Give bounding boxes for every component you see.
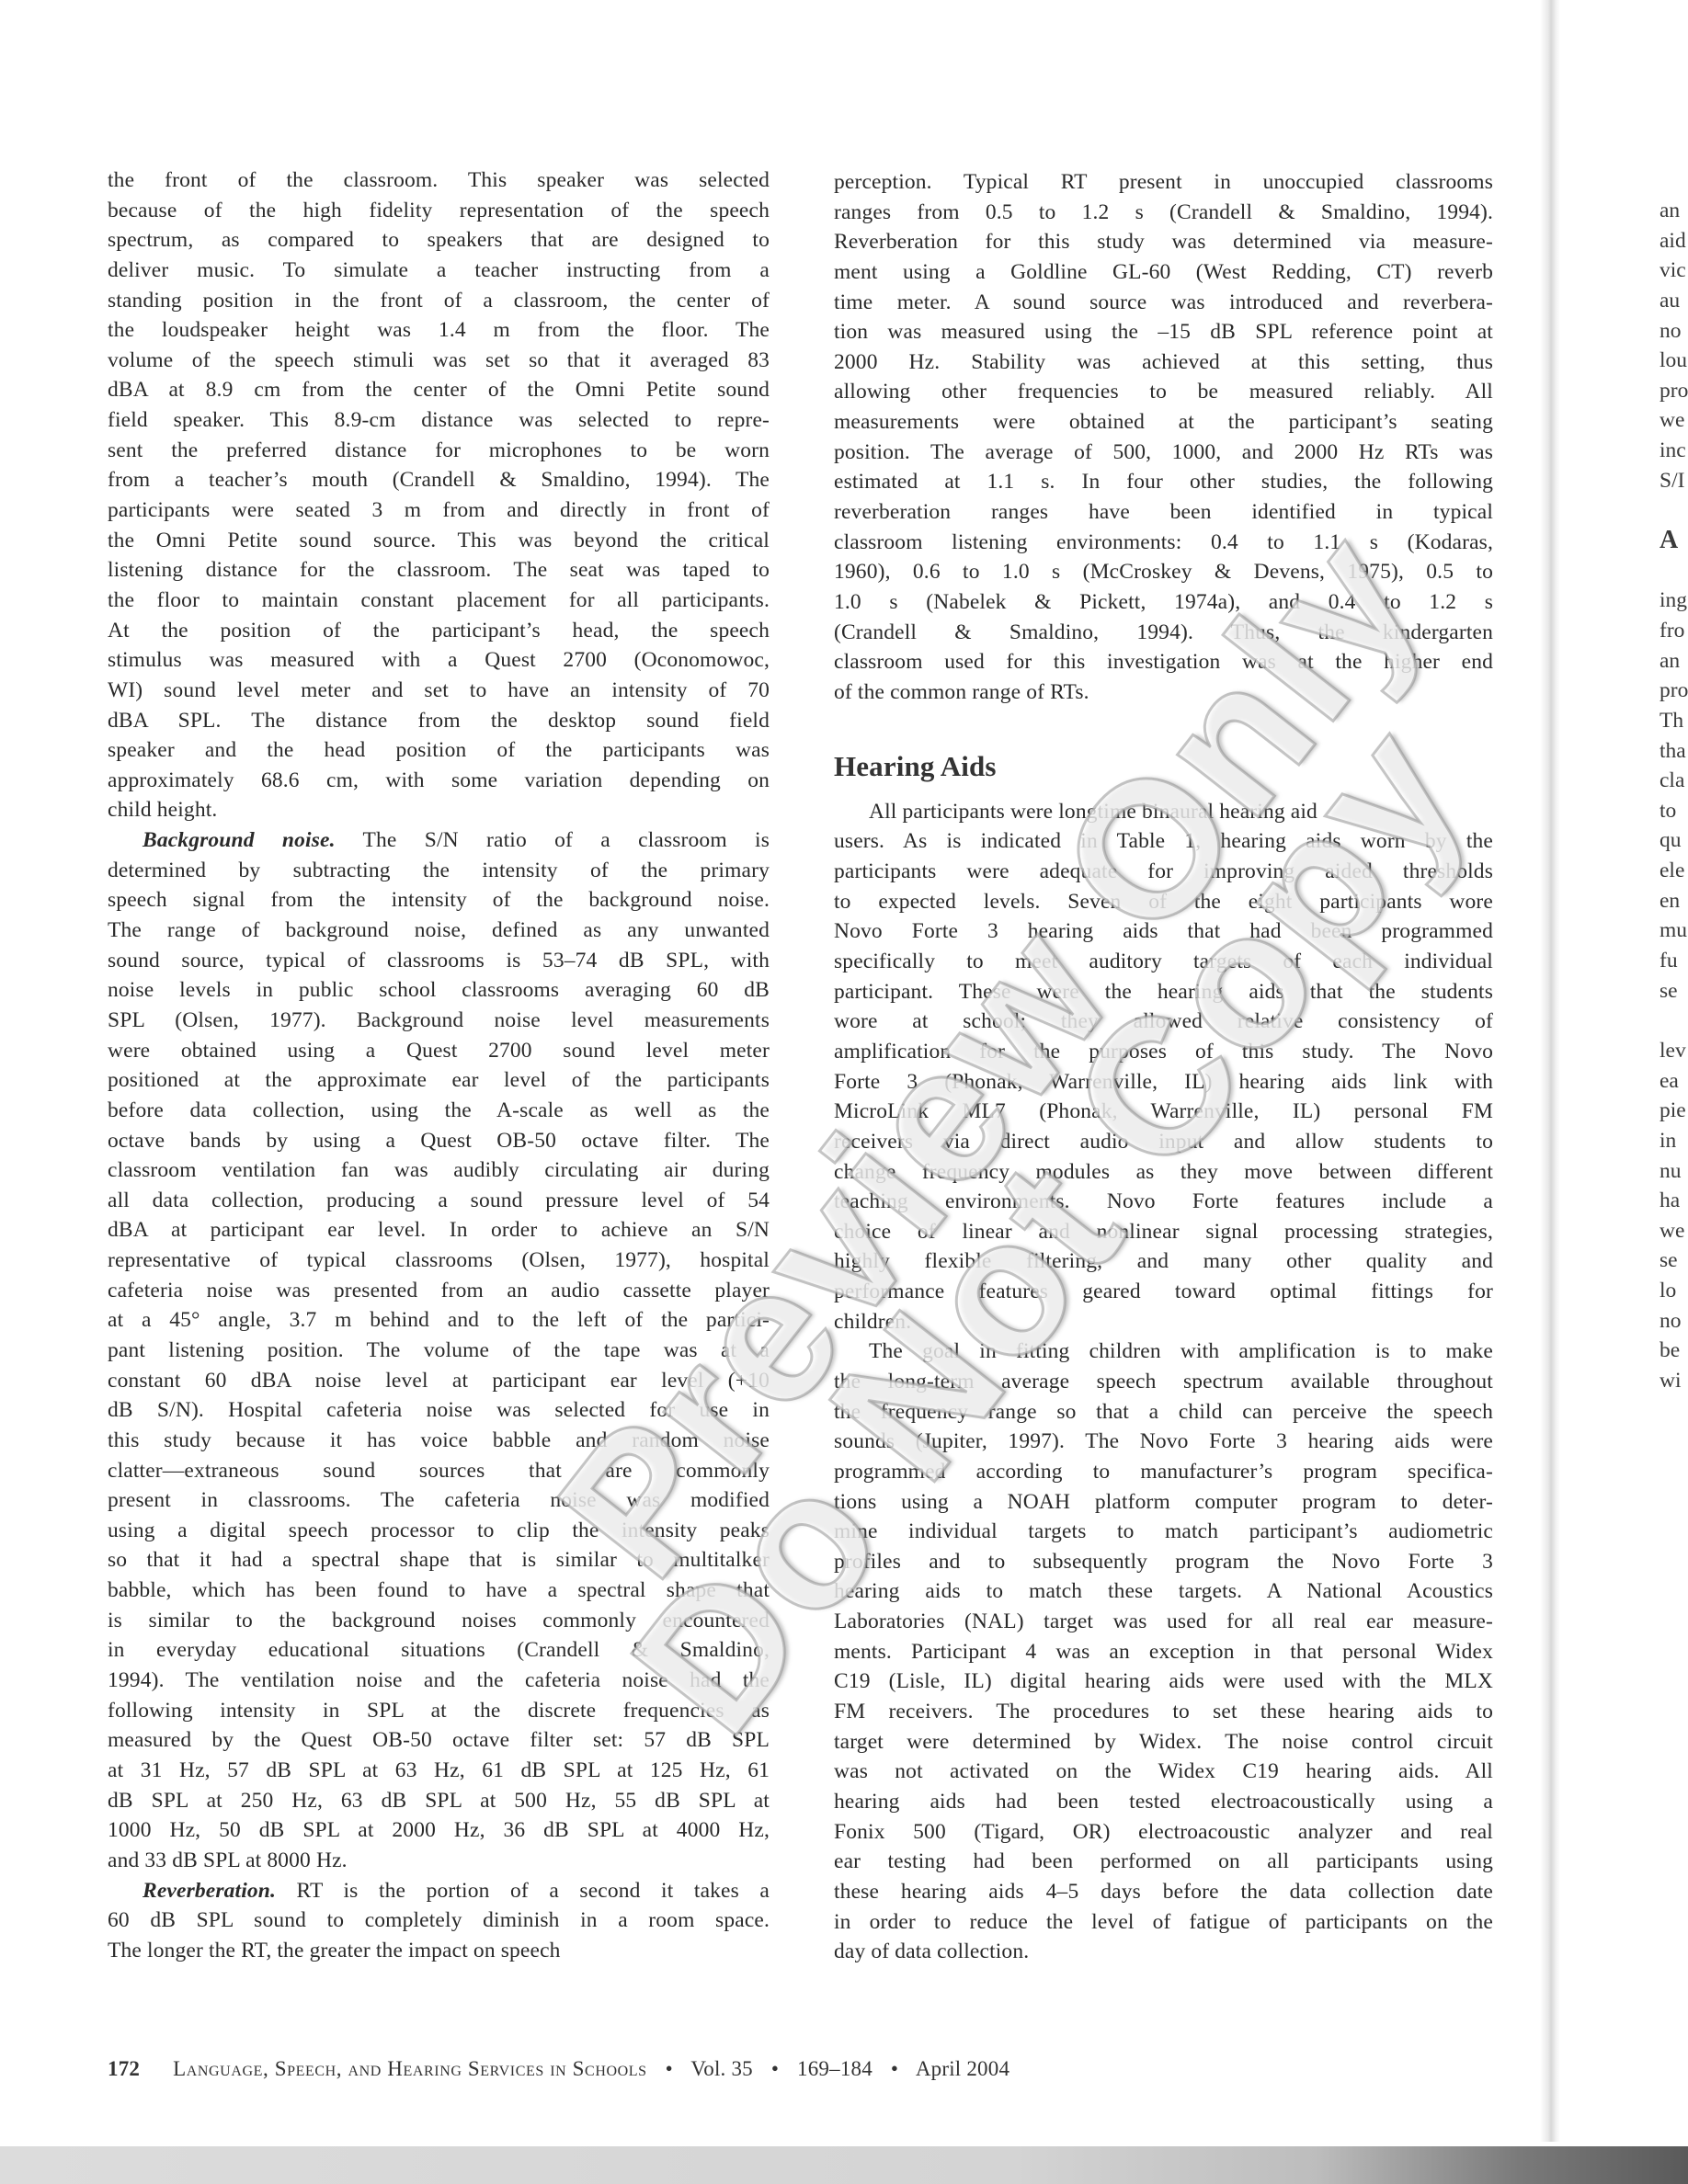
text-line: perception. Typical RT present in unoccu… xyxy=(834,167,1493,198)
text-line: sound source, typical of classrooms is 5… xyxy=(108,946,770,976)
text-line: en xyxy=(1659,886,1688,916)
text-line: fro xyxy=(1659,616,1688,646)
text-line: day of data collection. xyxy=(834,1937,1493,1967)
text-line: se xyxy=(1659,976,1688,1007)
text-line: tha xyxy=(1659,736,1688,767)
paragraph-fitting-goal-first-line: The goal in fitting children with amplif… xyxy=(834,1337,1493,1367)
text-line: au xyxy=(1659,286,1688,316)
bullet-separator: • xyxy=(771,2057,779,2080)
text-line: were obtained using a Quest 2700 sound l… xyxy=(108,1036,770,1066)
text-line: of the common range of RTs. xyxy=(834,677,1493,708)
paragraph-hearing-aids-first-line: All participants were longtime binaural … xyxy=(834,797,1493,827)
run-in-heading-background-noise: Background noise. xyxy=(143,828,336,852)
text-line: participant. These were the hearing aids… xyxy=(834,977,1493,1007)
text-line: Novo Forte 3 hearing aids that had been … xyxy=(834,916,1493,947)
text-line: noise levels in public school classrooms… xyxy=(108,975,770,1006)
text-line: an xyxy=(1659,196,1688,226)
text-line: hearing aids had been tested electroacou… xyxy=(834,1787,1493,1817)
journal-name: Language, Speech, and Hearing Services i… xyxy=(173,2057,647,2080)
text-line: 1994). The ventilation noise and the caf… xyxy=(108,1666,770,1696)
text-line: no xyxy=(1659,316,1688,347)
text-line: teaching environments. Novo Forte featur… xyxy=(834,1187,1493,1217)
text-line: stimulus was measured with a Quest 2700 … xyxy=(108,645,770,676)
text-line: tion was measured using the –15 dB SPL r… xyxy=(834,317,1493,347)
text-line: determined by subtracting the intensity … xyxy=(108,856,770,886)
text-line: sent the preferred distance for micropho… xyxy=(108,436,770,466)
text-line: lev xyxy=(1659,1036,1688,1066)
paragraph-setup-continued: the front of the classroom. This speaker… xyxy=(108,165,770,825)
text-line: receivers via direct audio input and all… xyxy=(834,1127,1493,1157)
text-line: speech signal from the intensity of the … xyxy=(108,885,770,916)
text-line: change frequency modules as they move be… xyxy=(834,1157,1493,1188)
text-line: vic xyxy=(1659,256,1688,286)
text-line: MicroLink ML7 (Phonak, Warrenville, IL) … xyxy=(834,1097,1493,1127)
text-line: octave bands by using a Quest OB-50 octa… xyxy=(108,1126,770,1156)
text-line: because of the high fidelity representat… xyxy=(108,196,770,226)
text-line: before data collection, using the A-scal… xyxy=(108,1096,770,1126)
text-line: pro xyxy=(1659,376,1688,406)
text-line: children. xyxy=(834,1307,1493,1337)
text-line: mine individual targets to match partici… xyxy=(834,1517,1493,1547)
text-line: pant listening position. The volume of t… xyxy=(108,1336,770,1366)
text-line: se xyxy=(1659,1246,1688,1276)
text-line: wi xyxy=(1659,1366,1688,1396)
text-line: position. The average of 500, 1000, and … xyxy=(834,438,1493,468)
text-line: SPL (Olsen, 1977). Background noise leve… xyxy=(108,1006,770,1036)
text-line: listening distance for the classroom. Th… xyxy=(108,555,770,586)
text-line: programmed according to manufacturer’s p… xyxy=(834,1457,1493,1487)
text-line: Fonix 500 (Tigard, OR) electroacoustic a… xyxy=(834,1817,1493,1848)
page-gutter-shadow xyxy=(1540,0,1560,2142)
text-line: The range of background noise, defined a… xyxy=(108,916,770,946)
bullet-separator: • xyxy=(891,2057,898,2080)
paragraph-hearing-aids: users. As is indicated in Table 1, heari… xyxy=(834,826,1493,1337)
text-line: 60 dB SPL sound to completely diminish i… xyxy=(108,1905,770,1936)
text-line: cafeteria noise was presented from an au… xyxy=(108,1276,770,1306)
text-line: and 33 dB SPL at 8000 Hz. xyxy=(108,1846,770,1876)
text-line: using a digital speech processor to clip… xyxy=(108,1516,770,1546)
text-line: present in classrooms. The cafeteria noi… xyxy=(108,1485,770,1516)
text-line: choice of linear and nonlinear signal pr… xyxy=(834,1217,1493,1247)
text-line: pie xyxy=(1659,1096,1688,1126)
text-line: participants were seated 3 m from and di… xyxy=(108,495,770,526)
text-line: 1000 Hz, 50 dB SPL at 2000 Hz, 36 dB SPL… xyxy=(108,1815,770,1846)
text-line: (Crandell & Smaldino, 1994). Thus, the k… xyxy=(834,618,1493,648)
text-line: be xyxy=(1659,1336,1688,1366)
text-line: constant 60 dBA noise level at participa… xyxy=(108,1366,770,1396)
text-line: WI) sound level meter and set to have an… xyxy=(108,676,770,706)
text-line: amplification for the purposes of this s… xyxy=(834,1037,1493,1067)
run-in-heading-reverberation: Reverberation. xyxy=(143,1879,276,1903)
text-line: dB SPL at 250 Hz, 63 dB SPL at 500 Hz, 5… xyxy=(108,1786,770,1816)
text-line: classroom listening environments: 0.4 to… xyxy=(834,528,1493,558)
page-footer: 172 Language, Speech, and Hearing Servic… xyxy=(108,2057,1009,2081)
text-line: the loudspeaker height was 1.4 m from th… xyxy=(108,315,770,346)
text-line: no xyxy=(1659,1306,1688,1337)
text-line: the frequency range so that a child can … xyxy=(834,1397,1493,1428)
text-line: ele xyxy=(1659,856,1688,886)
text-line: participants were adequate for improving… xyxy=(834,857,1493,887)
next-page-heading-fragment: A xyxy=(1659,526,1688,556)
text-line: time meter. A sound source was introduce… xyxy=(834,288,1493,318)
page-number: 172 xyxy=(108,2057,140,2080)
scanner-edge-strip xyxy=(0,2146,1688,2184)
text-line: the front of the classroom. This speaker… xyxy=(108,165,770,196)
text-line: babble, which has been found to have a s… xyxy=(108,1575,770,1606)
next-page-partial-column: anaidvicaunolouproweincS/I A ingfroanpro… xyxy=(1659,196,1688,1396)
text-line: nu xyxy=(1659,1156,1688,1187)
text-line: is similar to the background noises comm… xyxy=(108,1606,770,1636)
text-line: specifically to meet auditory targets of… xyxy=(834,947,1493,977)
text-line: classroom used for this investigation wa… xyxy=(834,647,1493,677)
text-line: positioned at the approximate ear level … xyxy=(108,1065,770,1096)
text-line: C19 (Lisle, IL) digital hearing aids wer… xyxy=(834,1666,1493,1697)
text-line: the long-term average speech spectrum av… xyxy=(834,1367,1493,1397)
text-line: performance features geared toward optim… xyxy=(834,1277,1493,1307)
text-line: at 31 Hz, 57 dB SPL at 63 Hz, 61 dB SPL … xyxy=(108,1756,770,1786)
text-line: we xyxy=(1659,1216,1688,1246)
page-range: 169–184 xyxy=(797,2057,873,2080)
text-line: standing position in the front of a clas… xyxy=(108,286,770,316)
text-line: so that it had a spectral shape that is … xyxy=(108,1545,770,1575)
left-column: the front of the classroom. This speaker… xyxy=(108,165,770,1965)
text-line: dBA at participant ear level. In order t… xyxy=(108,1215,770,1246)
text-line: was not activated on the Widex C19 heari… xyxy=(834,1757,1493,1787)
text-line: classroom ventilation fan was audibly ci… xyxy=(108,1155,770,1186)
text-line: in xyxy=(1659,1126,1688,1156)
text-line: dBA at 8.9 cm from the center of the Omn… xyxy=(108,375,770,405)
text-line: At the position of the participant’s hea… xyxy=(108,616,770,646)
text-line: we xyxy=(1659,405,1688,436)
paragraph-background-noise-first-line: Background noise. The S/N ratio of a cla… xyxy=(108,825,770,856)
bullet-separator: • xyxy=(666,2057,673,2080)
text-line: Forte 3 (Phonak, Warrenville, IL) hearin… xyxy=(834,1067,1493,1098)
paragraph-background-noise: determined by subtracting the intensity … xyxy=(108,856,770,1876)
text-line: fu xyxy=(1659,946,1688,976)
text-line: mu xyxy=(1659,916,1688,946)
text-line: representative of typical classrooms (Ol… xyxy=(108,1246,770,1276)
text-line: ranges from 0.5 to 1.2 s (Crandell & Sma… xyxy=(834,198,1493,228)
section-heading-hearing-aids: Hearing Aids xyxy=(834,752,1493,782)
paragraph-reverberation-first-line: Reverberation. RT is the portion of a se… xyxy=(108,1876,770,1906)
text-line: these hearing aids 4–5 days before the d… xyxy=(834,1877,1493,1907)
text-line: wore at school; they allowed relative co… xyxy=(834,1007,1493,1037)
text-line: ing xyxy=(1659,586,1688,616)
text-line: allowing other frequencies to be measure… xyxy=(834,377,1493,407)
text-line: all data collection, producing a sound p… xyxy=(108,1186,770,1216)
text-line: speaker and the head position of the par… xyxy=(108,735,770,766)
text-line: the floor to maintain constant placement… xyxy=(108,586,770,616)
text-line: Reverberation for this study was determi… xyxy=(834,227,1493,257)
text-line: S/I xyxy=(1659,466,1688,496)
text-line: the Omni Petite sound source. This was b… xyxy=(108,526,770,556)
right-column: perception. Typical RT present in unoccu… xyxy=(834,167,1493,1967)
paragraph-reverberation-continued: perception. Typical RT present in unoccu… xyxy=(834,167,1493,708)
text-line: spectrum, as compared to speakers that a… xyxy=(108,225,770,256)
text-line: to xyxy=(1659,796,1688,826)
text-line: ment using a Goldline GL-60 (West Reddin… xyxy=(834,257,1493,288)
text-line: inc xyxy=(1659,436,1688,466)
volume: Vol. 35 xyxy=(690,2057,752,2080)
text-line: 1960), 0.6 to 1.0 s (McCroskey & Devens,… xyxy=(834,557,1493,587)
text-line: sounds (Jupiter, 1997). The Novo Forte 3… xyxy=(834,1427,1493,1457)
text-line: users. As is indicated in Table 1, heari… xyxy=(834,826,1493,857)
text-line: an xyxy=(1659,646,1688,677)
text-line: clatter—extraneous sound sources that ar… xyxy=(108,1456,770,1486)
text-line: estimated at 1.1 s. In four other studie… xyxy=(834,467,1493,497)
text-line: target were determined by Widex. The noi… xyxy=(834,1727,1493,1757)
text-line: lo xyxy=(1659,1276,1688,1306)
text-line: Th xyxy=(1659,706,1688,736)
text-line: The longer the RT, the greater the impac… xyxy=(108,1936,770,1966)
text-line: volume of the speech stimuli was set so … xyxy=(108,346,770,376)
text-line: reverberation ranges have been identifie… xyxy=(834,497,1493,528)
text-line: FM receivers. The procedures to set thes… xyxy=(834,1697,1493,1727)
text-line: profiles and to subsequently program the… xyxy=(834,1547,1493,1577)
issue-date: April 2004 xyxy=(916,2057,1009,2080)
text-line: in everyday educational situations (Cran… xyxy=(108,1635,770,1666)
text-line: tions using a NOAH platform computer pro… xyxy=(834,1487,1493,1518)
paragraph-reverberation: 60 dB SPL sound to completely diminish i… xyxy=(108,1905,770,1965)
text-line: measurements were obtained at the partic… xyxy=(834,407,1493,438)
text-line: qu xyxy=(1659,825,1688,856)
text-line: hearing aids to match these targets. A N… xyxy=(834,1576,1493,1607)
text-line: lou xyxy=(1659,346,1688,376)
text-line: Laboratories (NAL) target was used for a… xyxy=(834,1607,1493,1637)
text-line: aid xyxy=(1659,226,1688,256)
text-line: highly flexible filtering, and many othe… xyxy=(834,1246,1493,1277)
text-line: 2000 Hz. Stability was achieved at this … xyxy=(834,347,1493,378)
text-line: at a 45° angle, 3.7 m behind and to the … xyxy=(108,1305,770,1336)
text-line: to expected levels. Seven of the eight p… xyxy=(834,887,1493,917)
text-line: following intensity in SPL at the discre… xyxy=(108,1696,770,1726)
text-line: dB S/N). Hospital cafeteria noise was se… xyxy=(108,1395,770,1426)
text-line: field speaker. This 8.9-cm distance was … xyxy=(108,405,770,436)
text-line: ea xyxy=(1659,1066,1688,1097)
text-line: in order to reduce the level of fatigue … xyxy=(834,1907,1493,1938)
text-line: approximately 68.6 cm, with some variati… xyxy=(108,766,770,796)
text-line: deliver music. To simulate a teacher ins… xyxy=(108,256,770,286)
text-line: pro xyxy=(1659,676,1688,706)
text-line: measured by the Quest OB-50 octave filte… xyxy=(108,1725,770,1756)
text-line: ments. Participant 4 was an exception in… xyxy=(834,1637,1493,1667)
paragraph-fitting-goal: the long-term average speech spectrum av… xyxy=(834,1367,1493,1967)
text-line: dBA SPL. The distance from the desktop s… xyxy=(108,706,770,736)
text-line: ha xyxy=(1659,1186,1688,1216)
text-line: cla xyxy=(1659,766,1688,796)
text-line: this study because it has voice babble a… xyxy=(108,1426,770,1456)
text-line: child height. xyxy=(108,795,770,825)
text-line: ear testing had been performed on all pa… xyxy=(834,1847,1493,1877)
text-line: from a teacher’s mouth (Crandell & Smald… xyxy=(108,465,770,495)
text-line: 1.0 s (Nabelek & Pickett, 1974a), and 0.… xyxy=(834,587,1493,618)
